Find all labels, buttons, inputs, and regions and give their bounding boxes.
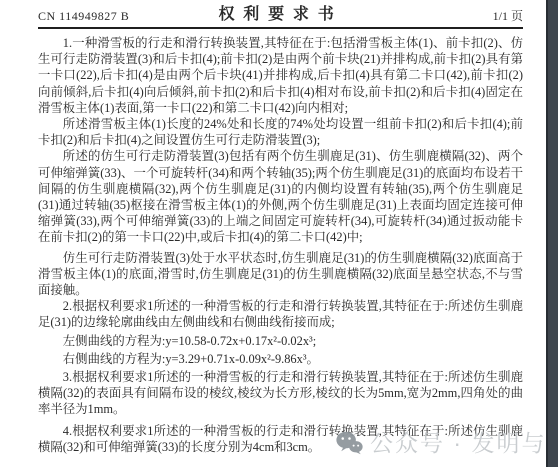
page-header: CN 114949827 B 权利要求书 1/1 页 <box>38 0 523 29</box>
page-indicator: 1/1 页 <box>493 7 523 24</box>
claims-content: 1.一种滑雪板的行走和滑行转换装置,其特征在于:包括滑雪板主体(1)、前卡扣(2… <box>0 29 546 455</box>
viewer-background-bar <box>546 0 558 467</box>
publication-number: CN 114949827 B <box>38 9 129 24</box>
claim-4-paragraph-1: 4.根据权利要求1所述的一种滑雪板的行走和滑行转换装置,其特征在于:所述仿生驯鹿… <box>38 423 523 455</box>
claim-2-equation-left-curve: 左侧曲线的方程为:y=10.58-0.72x+0.17x²-0.02x³; <box>38 333 523 349</box>
patent-claims-page: CN 114949827 B 权利要求书 1/1 页 1.一种滑雪板的行走和滑行… <box>0 0 546 467</box>
claim-3-paragraph-1: 3.根据权利要求1所述的一种滑雪板的行走和滑行转换装置,其特征在于:所述仿生驯鹿… <box>38 369 523 418</box>
claim-1-paragraph-4: 仿生可行走防滑装置(3)处于水平状态时,仿生驯鹿足(31)的仿生驯鹿横隔(32)… <box>38 250 523 299</box>
document-title: 权利要求书 <box>218 1 342 24</box>
claim-1-paragraph-1: 1.一种滑雪板的行走和滑行转换装置,其特征在于:包括滑雪板主体(1)、前卡扣(2… <box>38 35 523 116</box>
claim-1-paragraph-2: 所述滑雪板主体(1)长度的24%处和长度的74%处均设置一组前卡扣(2)和后卡扣… <box>38 116 523 148</box>
claim-2-equation-right-curve: 右侧曲线的方程为:y=3.29+0.71x-0.09x²-9.86x³。 <box>38 351 523 367</box>
document-viewer: CN 114949827 B 权利要求书 1/1 页 1.一种滑雪板的行走和滑行… <box>0 0 558 467</box>
claim-2-paragraph-1: 2.根据权利要求1所述的一种滑雪板的行走和滑行转换装置,其特征在于:所述仿生驯鹿… <box>38 298 523 330</box>
claim-1-paragraph-3: 所述的仿生可行走防滑装置(3)包括有两个仿生驯鹿足(31)、仿生驯鹿横隔(32)… <box>38 148 523 245</box>
